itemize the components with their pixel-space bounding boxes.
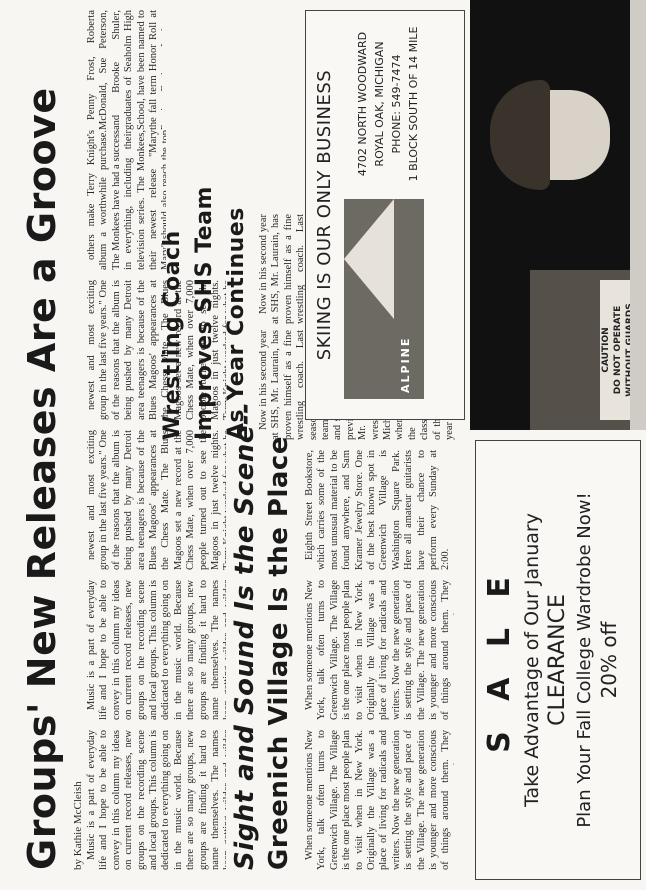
alpine-address: 4702 NORTH WOODWARD ROYAL OAK, MICHIGAN … [354,19,422,189]
groups-byline: by Kathie McCleish [72,781,84,870]
sight-col-3: Eighth Street Bookstore, which carries s… [304,450,454,570]
caution-title: CAUTION [600,280,612,420]
groups-headline: Groups' New Releases Are a Groove [20,20,64,870]
newspaper-page: page 3/The HIGHLANDER/Birmingham, Mich./… [0,0,646,890]
groups-col-5: others make Terry Knight's album a worth… [86,130,166,270]
photo: CAUTION DO NOT OPERATE WITHOUT GUARDS [470,0,646,430]
honor-roll-article: Penny Frost, Roberta McDonald, Sue Peter… [86,10,162,130]
chalet-roof [344,199,394,319]
sale-line-4: 20% off [597,441,621,879]
sight-headline-2: Greenich Village Is the Place [264,450,294,870]
alpine-ad-main: SKIING IS OUR ONLY BUSINESS ALPINE 4702 … [305,10,465,420]
sight-headline-1: Sight and Sound Is the Scene-- [230,450,260,870]
alpine-phone: PHONE: 549-7474 [388,19,405,189]
wrestling-headline-3: As Year Continues [224,207,249,440]
alpine-sign: ALPINE [399,337,412,393]
groups-col-3: newest and most exciting group in the la… [86,430,226,570]
sale-line-2: CLEARANCE [545,441,570,879]
alpine-headline: SKIING IS OUR ONLY BUSINESS [314,11,335,419]
photo-hair [490,80,550,190]
sale-line-3: Plan Your Fall College Wardrobe Now! [574,441,595,879]
sight-col-1: When someone mentions New York, talk oft… [304,730,454,870]
sale-line-1: Take Advantage of Our January [521,441,543,879]
groups-col-2: Music is a part of everyday life and I h… [86,580,226,720]
sale-ad: S A L E Take Advantage of Our January CL… [475,440,641,880]
wrestling-headline-2: Improves SHS Team [192,186,217,440]
alpine-directions: 1 BLOCK SOUTH OF 14 MILE [405,19,422,189]
sale-title: S A L E [482,441,517,879]
sight-col-2: When someone mentions New York, talk oft… [304,580,454,720]
photo-strip [630,0,646,430]
alpine-addr-2: ROYAL OAK, MICHIGAN [371,19,388,189]
caution-line-1: DO NOT OPERATE [612,280,624,420]
wrestling-headline-1: Wrestling Coach [160,230,185,440]
alpine-addr-1: 4702 NORTH WOODWARD [354,19,371,189]
alpine-photo: ALPINE [344,199,424,399]
groups-col-1: Music is a part of everyday life and I h… [86,730,226,870]
